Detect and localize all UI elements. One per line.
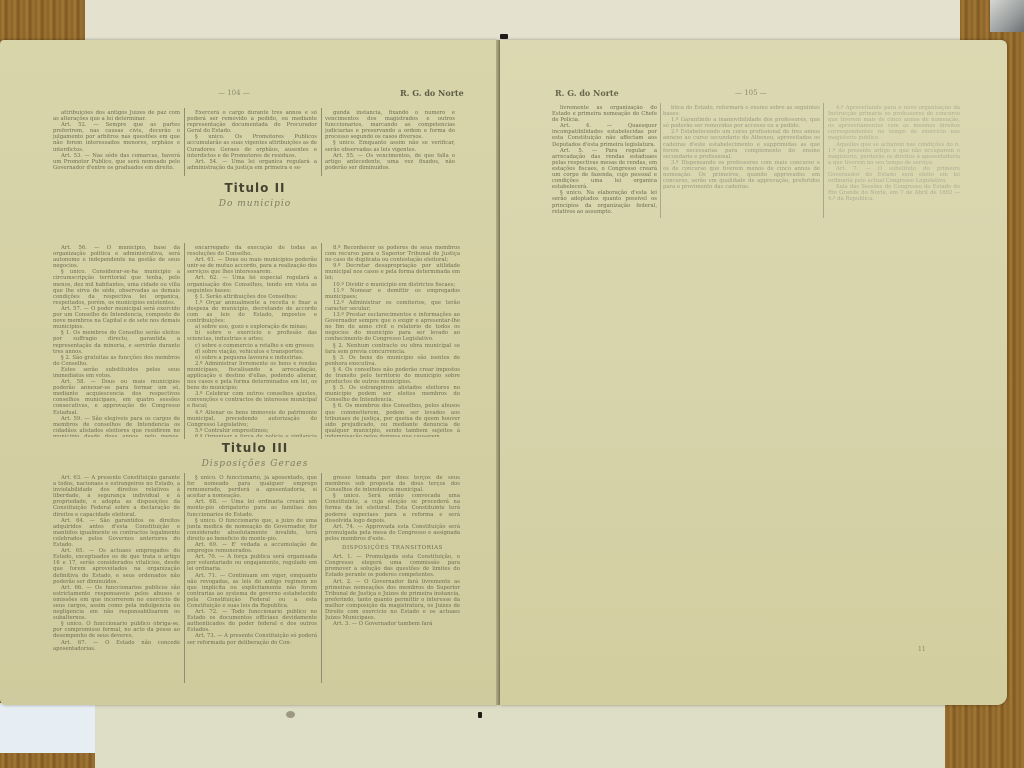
paragraph: § unico. Na elaboração d'esta lei serão …	[552, 190, 657, 214]
paragraph: gunda instancia, fixando o numero e venc…	[325, 110, 455, 140]
paragraph: 10.º Dividir o municipio em districtos f…	[325, 282, 460, 288]
right-running-head: R. G. do Norte	[555, 88, 619, 98]
titulo-ii-col-3: 8.º Reconhecer os poderes de seus membro…	[325, 245, 460, 437]
paragraph: Art. 1. — Promulgada esta Constituição, …	[325, 554, 460, 578]
titulo-iii-col-3: gresso tomada por dous terços de seus me…	[325, 475, 460, 680]
binding-clip-top	[500, 34, 508, 39]
left-top-col-3: gunda instancia, fixando o numero e venc…	[325, 110, 455, 176]
underlying-card	[0, 703, 95, 753]
titulo-ii-heading: Titulo II	[180, 181, 330, 195]
titulo-iii-col-1: Art. 63. — A presente Constituição garan…	[53, 475, 180, 680]
paragraph: 2.º Administrar livremente os bens e ren…	[187, 361, 317, 391]
paragraph: § 6. Os membros dos Conselhos, pelos abu…	[325, 403, 460, 437]
paragraph: Art. 63. — A presente Constituição garan…	[53, 475, 180, 518]
paragraph: § 2. São gratuitas as funcções dos membr…	[53, 355, 180, 367]
paragraph: gresso tomada por dous terços de seus me…	[325, 475, 460, 493]
left-top-col-2: Exercerá o cargo durante tres annos e só…	[187, 110, 317, 176]
page-number: — 105 —	[735, 89, 767, 97]
paragraph: Art. 62. — Uma lei especial regulará a o…	[187, 275, 317, 293]
paragraph: attribuições dos antigos Juizes de paz c…	[53, 110, 180, 122]
paragraph: 8.º Reconhecer os poderes de seus membro…	[325, 245, 460, 263]
paragraph: § 2. Nenhum contracto ou obra municipal …	[325, 343, 460, 355]
paragraph: c) sobre o commercio a retalho e em gros…	[187, 343, 317, 349]
titulo-iii-block: Titulo III Disposições Geraes	[180, 441, 330, 469]
paragraph: 9.º Decretar desapropriação por utilidad…	[325, 263, 460, 281]
paragraph: § 1. Serão attribuições dos Conselhos:	[187, 294, 317, 300]
paragraph: Art. 66. — Os funccionarios publicos são…	[53, 585, 180, 622]
titulo-ii-col-1: Art. 56. — O municipio, base da organiza…	[53, 245, 180, 437]
paragraph: Art. 65. — Os actuaes empregados do Esta…	[53, 548, 180, 585]
paragraph: Art. 5. — Para regular a arrecadação das…	[552, 148, 657, 191]
right-folio: — 105 —	[735, 88, 767, 97]
paragraph: Aquelles que se acharem nas condições do…	[828, 142, 960, 166]
paragraph: § unico. O funccionario que, a juizo de …	[187, 518, 317, 542]
paragraph: Art. 59. — São elegiveis para os cargos …	[53, 416, 180, 437]
paragraph: Art. 7. — O substituto do primeiro Gover…	[828, 166, 960, 184]
column-rule	[184, 108, 185, 176]
paragraph: b) sobre o exercicio e profissão das sci…	[187, 330, 317, 342]
paragraph: Art. 53. — Nas séde das comarcas, haverá…	[53, 153, 180, 171]
paragraph: § unico. Considerar-se-ha municipio a ci…	[53, 269, 180, 306]
paragraph: Art. 3. — O Governador tambem fará	[325, 621, 460, 627]
titulo-ii-block: Titulo II Do municipio	[180, 181, 330, 209]
paragraph: Art. 4. — Quaesquer incompatibilidades e…	[552, 123, 657, 147]
paragraph: Art. 56. — O municipio, base da organiza…	[53, 245, 180, 269]
paragraph: 11.º Nomear e demittir os empregados mun…	[325, 288, 460, 300]
titulo-ii-col-2: encarregado da execução de todas as reso…	[187, 245, 317, 437]
paragraph: § unico. Os Promotores Publicos accumula…	[187, 134, 317, 158]
paragraph: Art. 58. — Dous ou mais municipios poder…	[53, 379, 180, 416]
paragraph: Art. 72. — Todo funccionario publico no …	[187, 609, 317, 633]
underlying-sheet-bottom	[95, 700, 945, 768]
paragraph: e) sobre a pequena lavoura e industrias.	[187, 355, 317, 361]
paragraph: 4.º Alienar os bens immoveis do patrimon…	[187, 410, 317, 428]
paragraph: Art. 73. — A presente Constituição só po…	[187, 633, 317, 645]
paragraph: Art. 69. — E' vedada a accumulação de em…	[187, 542, 317, 554]
paragraph: § 5. Os estrangeiros alistados eleitores…	[325, 385, 460, 403]
paragraph: § 4. Os conselhos não poderão crear impo…	[325, 367, 460, 385]
signature-mark: 11	[918, 646, 926, 653]
paragraph: Art. 61. — Dous ou mais municipios poder…	[187, 257, 317, 275]
paragraph: § 1. Os membros do Conselho serão eleito…	[53, 330, 180, 354]
left-page: — 104 — R. G. do Norte attribuições dos …	[0, 40, 498, 705]
paragraph: Exercerá o cargo durante tres annos e só…	[187, 110, 317, 134]
paragraph: 4.º Aproveitando para o novo organisação…	[828, 105, 960, 142]
paragraph: Art. 64. — São garantidos os direitos ad…	[53, 518, 180, 548]
paragraph: 6.º Organisar a força de policia e vigil…	[187, 434, 317, 437]
paragraph: Art. 70. — A força publica será organisa…	[187, 554, 317, 572]
paragraph: Estes serão substituidos pelos seus imme…	[53, 367, 180, 379]
paragraph: § unico. Será então convocada uma Consti…	[325, 493, 460, 523]
paragraph: d) sobre viação, vehiculos e transportes…	[187, 349, 317, 355]
paper-speck	[286, 711, 295, 718]
paragraph: livremente as organização do Estado e pr…	[552, 105, 657, 123]
paragraph: 1.º Garantindo a inamovibilidade dos pro…	[663, 117, 820, 129]
paragraph: Art. 74. — Approvada esta Constituição s…	[325, 524, 460, 542]
column-rule	[321, 473, 322, 683]
corner-object	[990, 0, 1024, 32]
paragraph: Art. 2. — O Governador fará livremente a…	[325, 579, 460, 622]
column-rule	[184, 473, 185, 683]
right-col-1: livremente as organização do Estado e pr…	[552, 105, 657, 215]
paragraph: Art. 55. — Os vencimentos, de que falla …	[325, 153, 455, 171]
right-page: R. G. do Norte — 105 — livremente as org…	[500, 40, 1007, 705]
column-rule	[660, 103, 661, 218]
paragraph: 12.º Administrar os cemiterios, que terã…	[325, 300, 460, 312]
transitorias-heading: DISPOSIÇÕES TRANSITORIAS	[325, 545, 460, 551]
right-col-3: 4.º Aproveitando para o novo organisação…	[828, 105, 960, 215]
left-folio: — 104 —	[218, 88, 250, 97]
page-number: — 104 —	[218, 89, 250, 97]
paragraph: § 3. Os bens do municipio são isentos de…	[325, 355, 460, 367]
paragraph: § unico. O funccionario, já aposentado, …	[187, 475, 317, 499]
paragraph: Art. 68. — Uma lei ordinaria creará um m…	[187, 499, 317, 517]
paragraph: 3.º Dispensando os professores com mais …	[663, 160, 820, 190]
paragraph: 3.º Celebrar com outros conselhos ajuste…	[187, 391, 317, 409]
paragraph: Art. 71. — Continuam em vigor, emquanto …	[187, 573, 317, 610]
column-rule	[823, 103, 824, 218]
paragraph: Art. 54. — Uma lei organica regulará a a…	[187, 159, 317, 171]
paragraph: blica do Estado, reformará o ensino sobr…	[663, 105, 820, 117]
paragraph: 2.º Estabelecendo um curso profissional …	[663, 129, 820, 159]
paragraph: 13.º Prestar esclarecimentos e informaçõ…	[325, 312, 460, 342]
left-top-col-1: attribuições dos antigos Juizes de paz c…	[53, 110, 180, 176]
right-col-2: blica do Estado, reformará o ensino sobr…	[663, 105, 820, 215]
paragraph: § unico. Emquanto assim não se verificar…	[325, 140, 455, 152]
titulo-ii-subtitle: Do municipio	[180, 199, 330, 209]
paragraph: encarregado da execução de todas as reso…	[187, 245, 317, 257]
column-rule	[321, 243, 322, 439]
binding-clip	[478, 712, 482, 718]
titulo-iii-heading: Titulo III	[180, 441, 330, 455]
paragraph: Sala das Sessões do Congresso do Estado …	[828, 184, 960, 202]
column-rule	[184, 243, 185, 439]
column-rule	[321, 108, 322, 176]
paragraph: 1.º Orçar annualmente a receita e fixar …	[187, 300, 317, 324]
titulo-iii-col-2: § unico. O funccionario, já aposentado, …	[187, 475, 317, 680]
paragraph: Art. 57. — O poder municipal será exerci…	[53, 306, 180, 330]
paragraph: Art. 52. — Sempre que as partes preferir…	[53, 122, 180, 152]
titulo-iii-subtitle: Disposições Geraes	[180, 459, 330, 469]
paragraph: § unico. O funccionario publico obriga-s…	[53, 621, 180, 639]
left-running-head: R. G. do Norte	[400, 88, 464, 98]
paragraph: Art. 67. — O Estado não concede aposenta…	[53, 640, 180, 652]
